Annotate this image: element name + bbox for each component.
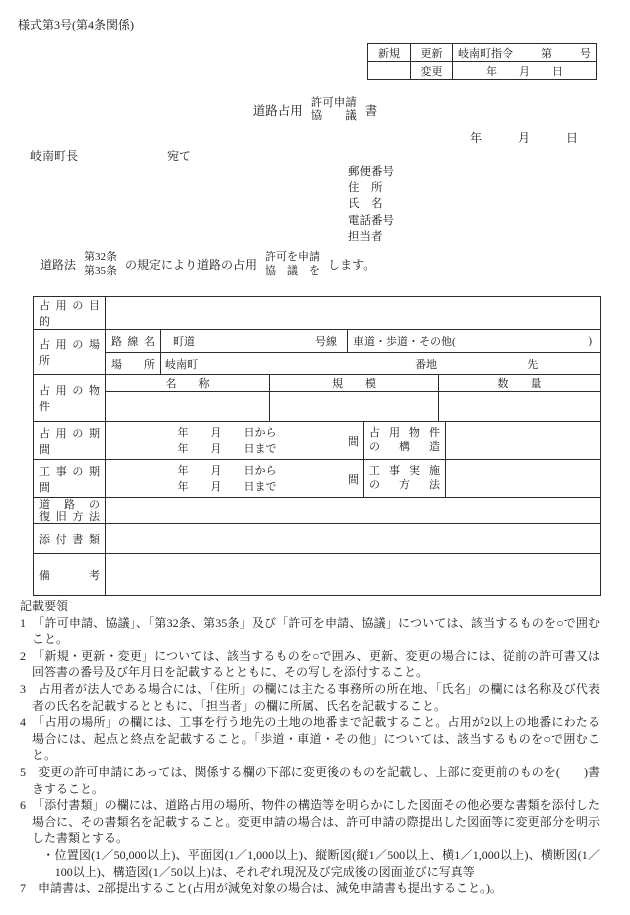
route-name-label: 路 線 名 [106,330,161,353]
declaration-line: 道路法 第32条 第35条 の規定により道路の占用 許可を申請 協 議 を しま… [40,251,375,278]
remarks-row: 備 考 [34,554,601,596]
road-type-close-paren: ) [588,335,592,347]
object-value-row [34,392,601,422]
status-renew-cell: 更新 [411,44,453,62]
route-cell: 町道 号線 [161,330,348,353]
declaration-suffix: します。 [328,256,375,273]
road-type-cell: 車道・歩道・その他( ) [348,330,601,353]
object-scale-cell [270,392,439,422]
col-header-scale: 規 模 [270,375,439,392]
name-label: 氏 名 [348,196,394,212]
work-period-row: 工 事 の 期 間 年 月 日から 年 月 日まで 間 工 事 実 施 の 方 … [34,460,601,498]
note-item-3: 3 占用者が法人である場合には、「住所」の欄には主たる事務所の所在地、「氏名」の… [20,681,600,714]
remarks-label: 備 考 [34,554,106,596]
restore-value-cell [106,498,601,524]
purpose-value-cell [106,297,601,330]
articles-stack: 第32条 第35条 [84,251,117,278]
occupy-period-kan: 間 [348,433,359,449]
object-name-cell [106,392,270,422]
work-period-kan: 間 [348,471,359,487]
object-header-row: 占 用 の 物 件 名 称 規 模 数 量 [34,375,601,392]
occupy-period-cell: 年 月 日から 年 月 日まで 間 [106,422,364,460]
place-spot-row: 場 所 岐南町 番地 先 [34,353,601,375]
road-type-options: 車道・歩道・その他( [353,333,456,349]
directive-cell: 岐南町指令 第 号 [453,44,597,62]
work-period-dates: 年 月 日から 年 月 日まで [106,463,348,495]
object-quantity-cell [439,392,601,422]
work-period-cell: 年 月 日から 年 月 日まで 間 [106,460,364,498]
attachments-value-cell [106,524,601,554]
occupy-period-dates: 年 月 日から 年 月 日まで [106,425,348,457]
application-table: 占 用 の 目 的 占 用 の 場 所 路 線 名 町道 号線 車道・歩道・その… [33,296,601,596]
spot-saki: 先 [527,356,538,372]
declaration-middle: の規定により道路の占用 [125,256,257,273]
restore-row: 道 路 の 復 旧 方 法 [34,498,601,524]
address-label: 住 所 [348,180,394,196]
status-new-cell: 新規 [368,44,411,62]
occupy-period-row: 占 用 の 期 間 年 月 日から 年 月 日まで 間 占 用 物 件 の 構 … [34,422,601,460]
route-value: 町道 [173,333,195,349]
directive-no-suffix: 号 [580,45,591,61]
note-item-4: 4 「占用の場所」の欄には、工事を行う地先の土地の地番まで記載すること。占用が2… [20,714,600,764]
attachments-row: 添 付 書 類 [34,524,601,554]
postal-label: 郵便番号 [348,164,394,180]
note-item-7: 7 申請書は、2部提出すること(占用が減免対象の場合は、減免申請書も提出すること… [20,880,600,897]
place-label: 占 用 の 場 所 [34,330,106,375]
note-item-5: 5 変更の許可申請にあっては、関係する欄の下部に変更後のものを記載し、上部に変更… [20,764,600,797]
purpose-row: 占 用 の 目 的 [34,297,601,330]
title-left: 道路占用 [253,101,303,119]
phone-label: 電話番号 [348,213,394,229]
spot-banchi: 番地 [415,356,437,372]
work-period-label: 工 事 の 期 間 [34,460,106,498]
attachments-label: 添 付 書 類 [34,524,106,554]
spot-town: 岐南町 [165,356,198,372]
note-item-2: 2 「新規・更新・変更」については、該当するものを○で囲み、更新、変更の場合には… [20,648,600,681]
method-label: 工 事 実 施 の 方 法 [364,460,446,498]
directive-date-cell: 年 月 日 [453,62,597,80]
notes-section: 記載要領 1 「許可申請、協議」、「第32条、第35条」及び「許可を申請、協議」… [20,598,600,897]
note-item-1: 1 「許可申請、協議」、「第32条、第35条」及び「許可を申請、協議」については… [20,615,600,648]
spot-label: 場 所 [106,353,161,375]
purpose-label: 占 用 の 目 的 [34,297,106,330]
document-page: 様式第3号(第4条関係) 新規 更新 岐南町指令 第 号 変更 年 月 日 道路… [0,0,630,915]
document-title: 道路占用 許可申請 協 議 書 [0,97,630,123]
status-table: 新規 更新 岐南町指令 第 号 変更 年 月 日 [367,43,597,80]
title-permit-consult-stack: 許可申請 協 議 [311,97,357,123]
date-line: 年 月 日 [470,129,578,146]
notes-heading: 記載要領 [20,598,600,615]
law-name: 道路法 [40,256,76,273]
note-item-6: 6 「添付書類」の欄には、道路占用の場所、物件の構造等を明らかにした図面その他必… [20,797,600,847]
spot-cell: 岐南町 番地 先 [161,353,601,375]
remarks-value-cell [106,554,601,596]
place-route-row: 占 用 の 場 所 路 線 名 町道 号線 車道・歩道・その他( ) [34,330,601,353]
action-stack: 許可を申請 協 議 を [265,251,320,278]
method-value-cell [446,460,601,498]
contact-label: 担当者 [348,229,394,245]
status-row-2: 変更 年 月 日 [368,62,597,80]
note-item-6-bullet: ・位置図(1／50,000以上)、平面図(1／1,000以上)、縦断図(縦1／5… [20,847,600,880]
addressee-suffix: 宛て [167,147,191,164]
directive-label: 岐南町指令 [458,45,513,61]
status-blank-cell [368,62,411,80]
col-header-quantity: 数 量 [439,375,601,392]
status-change-cell: 変更 [411,62,453,80]
addressee-name: 岐南町長 [30,147,78,164]
directive-no-prefix: 第 [541,45,552,61]
status-row-1: 新規 更新 岐南町指令 第 号 [368,44,597,62]
form-id: 様式第3号(第4条関係) [18,16,134,33]
applicant-block: 郵便番号 住 所 氏 名 電話番号 担当者 [348,164,394,245]
restore-label: 道 路 の 復 旧 方 法 [34,498,106,524]
title-right: 書 [365,101,378,119]
structure-label: 占 用 物 件 の 構 造 [364,422,446,460]
object-label: 占 用 の 物 件 [34,375,106,422]
route-suffix: 号線 [315,333,337,349]
col-header-name: 名 称 [106,375,270,392]
structure-value-cell [446,422,601,460]
occupy-period-label: 占 用 の 期 間 [34,422,106,460]
addressee-line: 岐南町長 宛て [30,147,191,164]
